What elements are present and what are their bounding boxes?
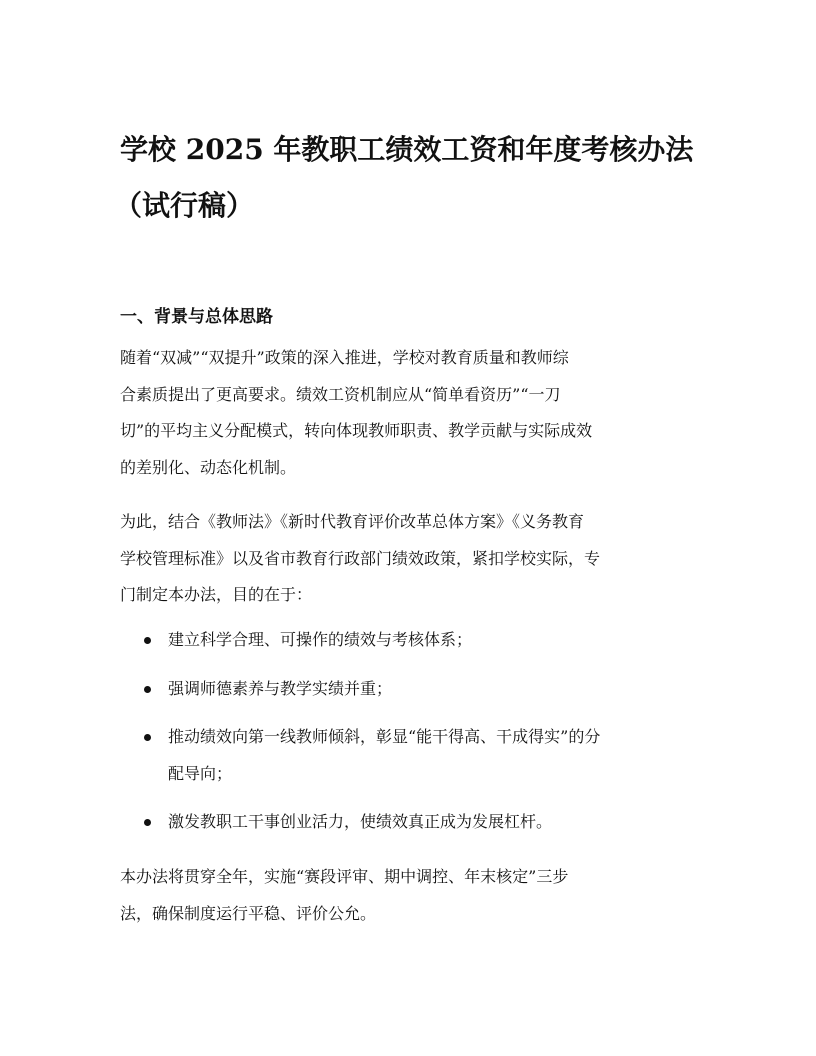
document-page: 学校 2025 年教职工绩效工资和年度考核办法 （试行稿） 一、背景与总体思路 … <box>0 0 816 1056</box>
text-line: 合素质提出了更高要求。绩效工资机制应从“简单看资历”“一刀 <box>120 377 705 414</box>
paragraph-background: 随着“双减”“双提升”政策的深入推进，学校对教育质量和教师综 合素质提出了更高要… <box>120 340 705 486</box>
text-line: 切”的平均主义分配模式，转向体现教师职责、教学贡献与实际成效 <box>120 413 705 450</box>
text-line: 随着“双减”“双提升”政策的深入推进，学校对教育质量和教师综 <box>120 340 705 377</box>
document-title: 学校 2025 年教职工绩效工资和年度考核办法 （试行稿） <box>120 122 720 234</box>
text-line: 门制定本办法，目的在于： <box>120 577 705 614</box>
list-item-text: 配导向； <box>168 756 705 793</box>
text-line: 本办法将贯穿全年，实施“赛段评审、期中调控、年末核定”三步 <box>120 859 705 896</box>
section-heading: 一、背景与总体思路 <box>120 303 273 331</box>
text-line: 学校管理标准》以及省市教育行政部门绩效政策，紧扣学校实际，专 <box>120 541 705 578</box>
paragraph-implementation: 本办法将贯穿全年，实施“赛段评审、期中调控、年末核定”三步 法，确保制度运行平稳… <box>120 859 705 932</box>
bullet-icon <box>144 819 151 826</box>
paragraph-purpose: 为此，结合《教师法》《新时代教育评价改革总体方案》《义务教育 学校管理标准》以及… <box>120 504 705 614</box>
list-item: 推动绩效向第一线教师倾斜，彰显“能干得高、干成得实”的分 配导向； <box>120 719 705 792</box>
bullet-icon <box>144 686 151 693</box>
list-item-text: 建立科学合理、可操作的绩效与考核体系； <box>168 622 705 659</box>
title-line: 学校 2025 年教职工绩效工资和年度考核办法 <box>120 122 720 178</box>
list-item: 建立科学合理、可操作的绩效与考核体系； <box>120 622 705 659</box>
objectives-list: 建立科学合理、可操作的绩效与考核体系； 强调师德素养与教学实绩并重； 推动绩效向… <box>120 622 705 853</box>
text-line: 为此，结合《教师法》《新时代教育评价改革总体方案》《义务教育 <box>120 504 705 541</box>
text-line: 的差别化、动态化机制。 <box>120 450 705 487</box>
text-line: 法，确保制度运行平稳、评价公允。 <box>120 896 705 933</box>
list-item-text: 推动绩效向第一线教师倾斜，彰显“能干得高、干成得实”的分 <box>168 719 705 756</box>
bullet-icon <box>144 637 151 644</box>
list-item: 激发教职工干事创业活力，使绩效真正成为发展杠杆。 <box>120 804 705 841</box>
list-item-text: 激发教职工干事创业活力，使绩效真正成为发展杠杆。 <box>168 804 705 841</box>
bullet-icon <box>144 734 151 741</box>
list-item: 强调师德素养与教学实绩并重； <box>120 671 705 708</box>
title-subtitle: （试行稿） <box>114 178 720 234</box>
list-item-text: 强调师德素养与教学实绩并重； <box>168 671 705 708</box>
